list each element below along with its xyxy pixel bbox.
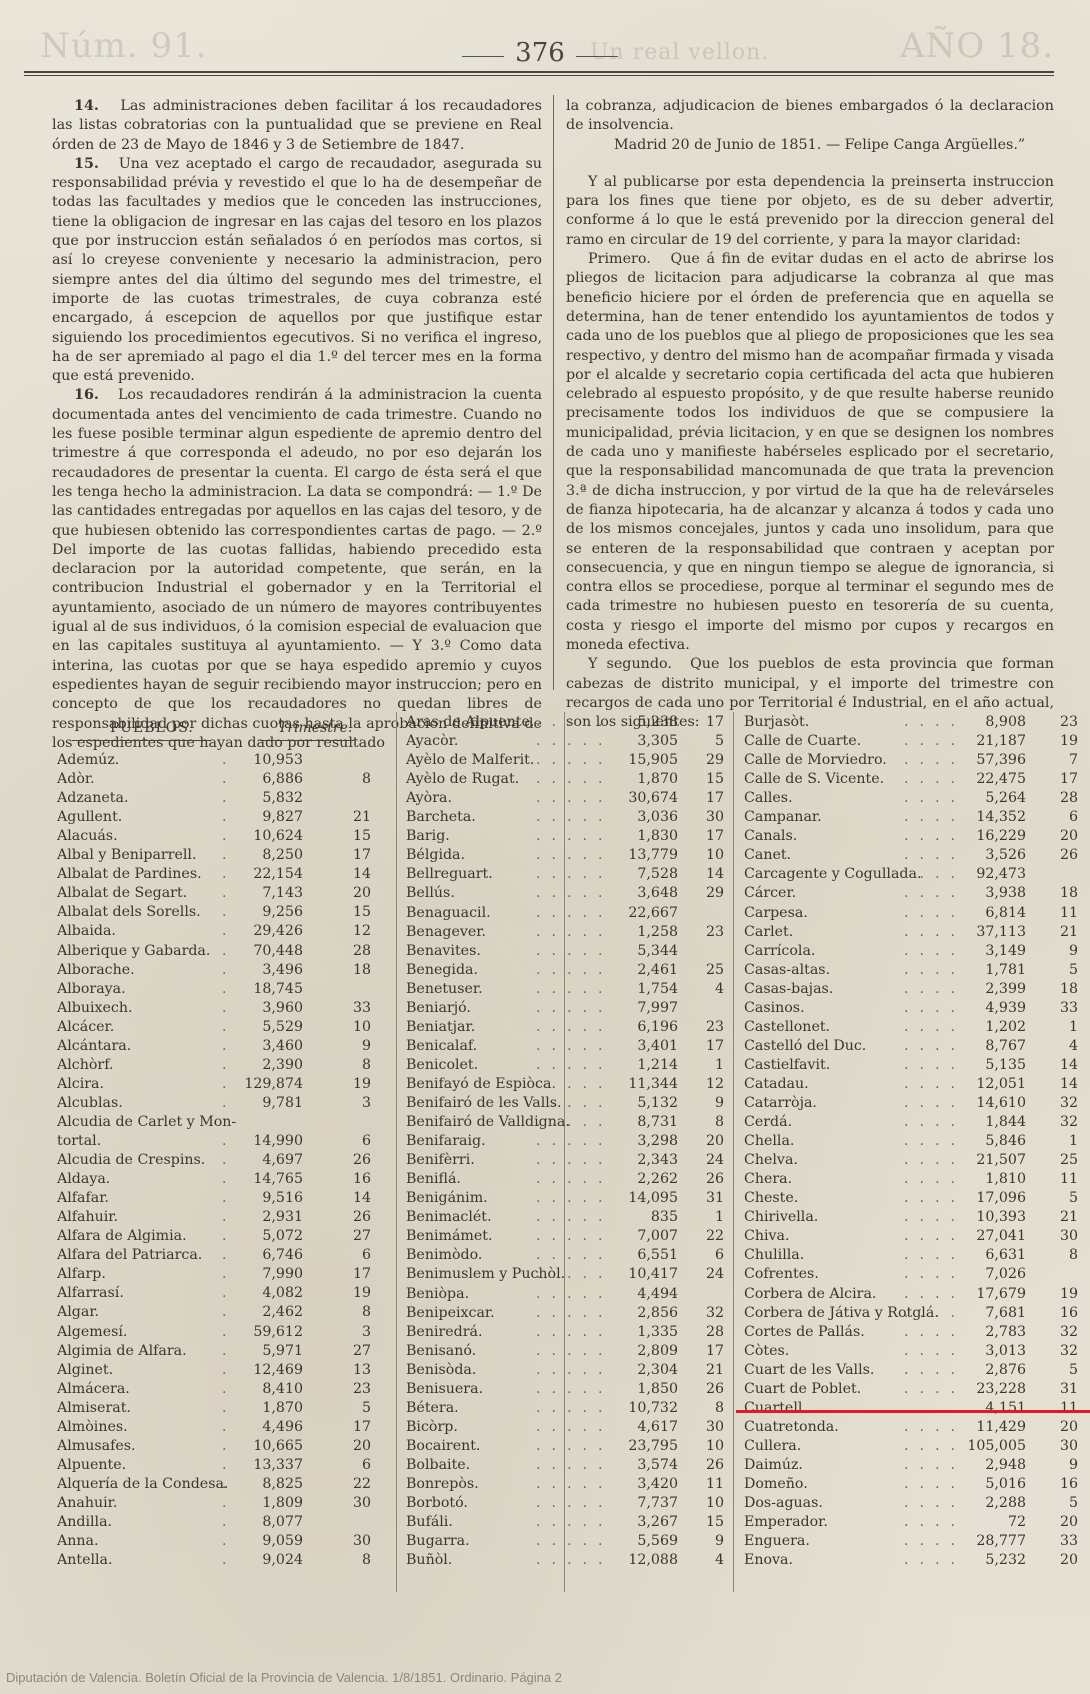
trimestre-value: 3,420 [637, 1476, 678, 1492]
centimos-value: 26 [353, 1209, 371, 1225]
table-row: Cerdá...........1,84432 [744, 1114, 1084, 1133]
table-row: Corbera de Játiva y Rotglá...........7,6… [744, 1305, 1084, 1324]
trimestre-value: 12,469 [253, 1362, 303, 1378]
table-row: Beniflá...........2,26226 [406, 1171, 731, 1190]
pueblo-name: Carrícola. [744, 943, 815, 959]
centimos-value: 21 [353, 809, 371, 825]
table-row: Carpesa...........6,81411 [744, 905, 1084, 924]
leader-dots: .......... [222, 981, 233, 997]
centimos-value: 15 [706, 1514, 724, 1530]
trimestre-value: 21,507 [976, 1152, 1026, 1168]
table-row: Benetuser...........1,7544 [406, 981, 731, 1000]
trimestre-value: 7,143 [262, 885, 303, 901]
pueblo-name: Casas-bajas. [744, 981, 833, 997]
trimestre-value: 6,814 [985, 905, 1026, 921]
table-row: Beniarjó...........7,997 [406, 1000, 731, 1019]
centimos-value: 30 [353, 1495, 371, 1511]
centimos-value: 9 [1069, 943, 1078, 959]
table-row: Alcudia de Carlet y Mon- [57, 1114, 395, 1133]
centimos-value: 11 [706, 1476, 724, 1492]
trimestre-value: 3,267 [637, 1514, 678, 1530]
table-row: Benicalaf...........3,40117 [406, 1038, 731, 1057]
leader-dots: .......... [904, 1514, 956, 1530]
centimos-value: 32 [706, 1305, 724, 1321]
table-row: Ayèlo de Rugat...........1,87015 [406, 771, 731, 790]
leader-dots: .......... [536, 1228, 608, 1244]
paragraph-primero: Primero. Que á fin de evitar dudas en el… [566, 250, 1054, 655]
leader-dots: .......... [536, 1114, 608, 1130]
table-row: Bolbaite...........3,57426 [406, 1457, 731, 1476]
centimos-value: 18 [1060, 885, 1078, 901]
centimos-value: 17 [353, 1266, 371, 1282]
leader-dots: .......... [222, 752, 233, 768]
paragraph-16: 16. Los recaudadores rendirán á la admin… [52, 386, 542, 753]
table-row: Corbera de Alcira...........17,67919 [744, 1286, 1084, 1305]
pueblo-name: Bicòrp. [406, 1419, 458, 1435]
leader-dots: .......... [904, 1095, 956, 1111]
footer-caption: Diputación de Valencia. Boletín Oficial … [6, 1670, 562, 1685]
centimos-value: 10 [706, 1495, 724, 1511]
centimos-value: 19 [353, 1076, 371, 1092]
pueblo-name: Alquería de la Condesa. [57, 1476, 228, 1492]
pueblo-name: Cuartell. [744, 1400, 807, 1416]
table-header-trimestre: Trimestre. [278, 720, 352, 736]
trimestre-value: 2,461 [637, 962, 678, 978]
pueblo-name: Benisòda. [406, 1362, 476, 1378]
table-row: Benimuslem y Puchòl...........10,41724 [406, 1266, 731, 1285]
leader-dots: .......... [904, 1209, 956, 1225]
pueblo-name: Ayacòr. [406, 733, 458, 749]
pueblo-name: Albalat de Pardines. [57, 866, 202, 882]
pueblo-name: Carcagente y Cogullada. [744, 866, 921, 882]
table-header-pueblos: PUEBLOS. [110, 720, 194, 736]
trimestre-value: 1,810 [985, 1171, 1026, 1187]
pueblo-name: tortal. [57, 1133, 101, 1149]
table-row: Alacuás...........10,62415 [57, 828, 395, 847]
trimestre-value: 7,681 [985, 1305, 1026, 1321]
pueblo-name: Chella. [744, 1133, 794, 1149]
leader-dots: .......... [904, 809, 956, 825]
table-row: Alboraya...........18,745 [57, 981, 395, 1000]
trimestre-value: 2,856 [637, 1305, 678, 1321]
trimestre-value: 30,674 [628, 790, 678, 806]
trimestre-value: 1,844 [985, 1114, 1026, 1130]
trimestre-value: 2,390 [262, 1057, 303, 1073]
leader-dots: .......... [904, 1228, 956, 1244]
pueblo-name: Benimaclét. [406, 1209, 492, 1225]
centimos-value: 19 [1060, 1286, 1078, 1302]
pueblo-name: Calle de Morviedro. [744, 752, 887, 768]
centimos-value: 1 [1069, 1019, 1078, 1035]
trimestre-value: 37,113 [976, 924, 1026, 940]
table-row: Bétera...........10,7328 [406, 1400, 731, 1419]
leader-dots: .......... [536, 752, 608, 768]
trimestre-value: 8,731 [637, 1114, 678, 1130]
trimestre-value: 70,448 [253, 943, 303, 959]
pueblo-name: Albaida. [57, 923, 116, 939]
centimos-value: 11 [1060, 905, 1078, 921]
leader-dots: .......... [222, 1304, 233, 1320]
leader-dots: .......... [222, 904, 233, 920]
trimestre-value: 10,624 [253, 828, 303, 844]
table-row: Alcira...........129,87419 [57, 1076, 395, 1095]
table-row: Chera...........1,81011 [744, 1171, 1084, 1190]
pueblo-name: Cuart de les Valls. [744, 1362, 874, 1378]
pueblo-name: Chirivella. [744, 1209, 818, 1225]
table-row: Carlet...........37,11321 [744, 924, 1084, 943]
column-divider [553, 95, 554, 690]
centimos-value: 17 [1060, 771, 1078, 787]
leader-dots: .......... [536, 962, 608, 978]
leader-dots: .......... [222, 1190, 233, 1206]
pueblo-name: Agullent. [57, 809, 122, 825]
pueblo-name: Benetuser. [406, 981, 483, 997]
trimestre-value: 7,990 [262, 1266, 303, 1282]
trimestre-value: 18,745 [253, 981, 303, 997]
centimos-value: 8 [362, 1304, 371, 1320]
leader-dots: .......... [222, 1476, 233, 1492]
pueblo-name: Chelva. [744, 1152, 798, 1168]
centimos-value: 32 [1060, 1324, 1078, 1340]
table-row: Daimúz...........2,9489 [744, 1457, 1084, 1476]
centimos-value: 8 [362, 1057, 371, 1073]
table-row: Alfahuir...........2,93126 [57, 1209, 395, 1228]
leader-dots: .......... [536, 1362, 608, 1378]
leader-dots: .......... [904, 1438, 956, 1454]
paragraph-continuation: la cobranza, adjudicacion de bienes emba… [566, 97, 1054, 136]
document-page: Núm. 91. Un real vellon. AÑO 18. 376 14.… [0, 0, 1090, 1694]
centimos-value: 30 [353, 1533, 371, 1549]
header-rule-thin [24, 75, 1054, 76]
trimestre-value: 1,754 [637, 981, 678, 997]
pueblo-name: Alfahuir. [57, 1209, 118, 1225]
pueblo-name: Adzaneta. [57, 790, 128, 806]
pueblo-name: Anna. [57, 1533, 99, 1549]
table-row: Dos-aguas...........2,2885 [744, 1495, 1084, 1514]
paragraph-14: 14. Las administraciones deben facilitar… [52, 97, 542, 155]
table-row: Andilla...........8,077 [57, 1514, 395, 1533]
table-row: Cortes de Pallás...........2,78332 [744, 1324, 1084, 1343]
leader-dots: .......... [904, 1476, 956, 1492]
pueblo-name: Benisanó. [406, 1343, 476, 1359]
pueblo-name: Alcácer. [57, 1019, 114, 1035]
leader-dots: .......... [536, 847, 608, 863]
table-row: Anna...........9,05930 [57, 1533, 395, 1552]
leader-dots: .......... [536, 1343, 608, 1359]
table-row: Cárcer...........3,93818 [744, 885, 1084, 904]
centimos-value: 20 [353, 885, 371, 901]
trimestre-value: 2,462 [262, 1304, 303, 1320]
pueblo-name: Beniredrá. [406, 1324, 483, 1340]
leader-dots: .......... [536, 1286, 608, 1302]
centimos-value: 26 [706, 1457, 724, 1473]
table-row: Ayòra...........30,67417 [406, 790, 731, 809]
leader-dots: .......... [904, 1305, 956, 1321]
table-divider-1 [396, 712, 397, 1592]
centimos-value: 20 [1060, 1514, 1078, 1530]
table-row: Algimia de Alfara...........5,97127 [57, 1343, 395, 1362]
leader-dots: .......... [904, 790, 956, 806]
leader-dots: .......... [222, 1152, 233, 1168]
pueblo-name: Cortes de Pallás. [744, 1324, 865, 1340]
centimos-value: 32 [1060, 1095, 1078, 1111]
centimos-value: 27 [353, 1343, 371, 1359]
signature: Madrid 20 de Junio de 1851. — Felipe Can… [566, 136, 1054, 155]
leader-dots: .......... [904, 1266, 956, 1282]
table-row: Cullera...........105,00530 [744, 1438, 1084, 1457]
trimestre-value: 129,874 [244, 1076, 303, 1092]
trimestre-value: 1,202 [985, 1019, 1026, 1035]
pueblo-name: Castellonet. [744, 1019, 830, 1035]
pueblo-name: Algemesí. [57, 1324, 127, 1340]
pueblo-name: Cuart de Poblet. [744, 1381, 861, 1397]
table-row: Casinos...........4,93933 [744, 1000, 1084, 1019]
leader-dots: .......... [904, 1171, 956, 1187]
pueblo-name: Almiserat. [57, 1400, 131, 1416]
table-row: Ademúz...........10,953 [57, 752, 395, 771]
leader-dots: .......... [222, 1285, 233, 1301]
centimos-value: 26 [353, 1152, 371, 1168]
leader-dots: .......... [222, 809, 233, 825]
centimos-value: 17 [353, 847, 371, 863]
leader-dots: .......... [904, 733, 956, 749]
pueblo-name: Adòr. [57, 771, 95, 787]
leader-dots: .......... [222, 1362, 233, 1378]
leader-dots: .......... [904, 1000, 956, 1016]
leader-dots: .......... [536, 1000, 608, 1016]
pueblo-name: Albalat dels Sorells. [57, 904, 201, 920]
leader-dots: .......... [904, 771, 956, 787]
trimestre-value: 4,939 [985, 1000, 1026, 1016]
trimestre-value: 17,096 [976, 1190, 1026, 1206]
table-row: Cuart de Poblet...........23,22831 [744, 1381, 1084, 1400]
table-row: Anahuir...........1,80930 [57, 1495, 395, 1514]
pueblo-name: Benigánim. [406, 1190, 488, 1206]
table-row: Albal y Beniparrell...........8,25017 [57, 847, 395, 866]
pueblo-name: Chiva. [744, 1228, 790, 1244]
centimos-value: 23 [706, 924, 724, 940]
pueblo-name: Alacuás. [57, 828, 118, 844]
leader-dots: .......... [222, 943, 233, 959]
centimos-value: 27 [353, 1228, 371, 1244]
centimos-value: 16 [353, 1171, 371, 1187]
leader-dots: .......... [536, 1152, 608, 1168]
header-underline-trimestre [260, 740, 354, 741]
table-row: Chulilla...........6,6318 [744, 1247, 1084, 1266]
table-row: Antella...........9,0248 [57, 1552, 395, 1571]
pueblo-name: Benifaraig. [406, 1133, 486, 1149]
pueblo-name: Bolbaite. [406, 1457, 470, 1473]
leader-dots: .......... [222, 923, 233, 939]
leader-dots: .......... [904, 1362, 956, 1378]
trimestre-value: 7,528 [637, 866, 678, 882]
pueblo-name: Chulilla. [744, 1247, 804, 1263]
centimos-value: 22 [353, 1476, 371, 1492]
pueblo-name: Catadau. [744, 1076, 809, 1092]
table-row: Alginet...........12,46913 [57, 1362, 395, 1381]
trimestre-value: 5,832 [262, 790, 303, 806]
pueblo-name: Casas-altas. [744, 962, 830, 978]
pueblo-name: Calles. [744, 790, 793, 806]
leader-dots: .......... [536, 1247, 608, 1263]
leader-dots: .......... [222, 1209, 233, 1225]
centimos-value: 8 [362, 1552, 371, 1568]
leader-dots: .......... [222, 1133, 233, 1149]
pueblo-name: Alfarp. [57, 1266, 106, 1282]
table-row: Alfafar...........9,51614 [57, 1190, 395, 1209]
centimos-value: 8 [715, 1400, 724, 1416]
pueblo-name: Còtes. [744, 1343, 789, 1359]
table-row: Almiserat...........1,8705 [57, 1400, 395, 1419]
table-row: Emperador...........7220 [744, 1514, 1084, 1533]
trimestre-value: 1,258 [637, 924, 678, 940]
pueblo-name: Bétera. [406, 1400, 459, 1416]
pueblo-name: Alfara del Patriarca. [57, 1247, 202, 1263]
pueblo-name: Alberique y Gabarda. [57, 943, 210, 959]
leader-dots: .......... [904, 943, 956, 959]
leader-dots: .......... [904, 1038, 956, 1054]
trimestre-value: 59,612 [253, 1324, 303, 1340]
trimestre-value: 8,825 [262, 1476, 303, 1492]
pueblo-name: Calle de S. Vicente. [744, 771, 884, 787]
pueblo-name: Catarròja. [744, 1095, 817, 1111]
centimos-value: 32 [1060, 1114, 1078, 1130]
paragraph-intro: Y al publicarse por esta dependencia la … [566, 173, 1054, 250]
trimestre-value: 8,250 [262, 847, 303, 863]
centimos-value: 24 [706, 1266, 724, 1282]
trimestre-value: 9,256 [262, 904, 303, 920]
centimos-value: 14 [706, 866, 724, 882]
leader-dots: .......... [222, 1324, 233, 1340]
centimos-value: 19 [1060, 733, 1078, 749]
leader-dots: .......... [536, 1514, 608, 1530]
centimos-value: 17 [706, 828, 724, 844]
centimos-value: 30 [706, 1419, 724, 1435]
table-row: Beniredrá...........1,33528 [406, 1324, 731, 1343]
trimestre-value: 3,960 [262, 1000, 303, 1016]
pueblo-name: Alborache. [57, 962, 135, 978]
trimestre-value: 7,737 [637, 1495, 678, 1511]
pueblo-name: Corbera de Alcira. [744, 1286, 876, 1302]
pueblo-name: Carlet. [744, 924, 793, 940]
table-row: Benimòdo...........6,5516 [406, 1247, 731, 1266]
centimos-value: 9 [1069, 1457, 1078, 1473]
leader-dots: .......... [536, 1171, 608, 1187]
trimestre-value: 6,886 [262, 771, 303, 787]
table-row: Borbotó...........7,73710 [406, 1495, 731, 1514]
table-row: Albalat de Pardines...........22,15414 [57, 866, 395, 885]
trimestre-value: 1,870 [637, 771, 678, 787]
centimos-value: 23 [706, 1019, 724, 1035]
leader-dots: .......... [904, 1457, 956, 1473]
trimestre-value: 1,809 [262, 1495, 303, 1511]
trimestre-value: 3,526 [985, 847, 1026, 863]
trimestre-value: 21,187 [976, 733, 1026, 749]
table-row: Almácera...........8,41023 [57, 1381, 395, 1400]
centimos-value: 31 [706, 1190, 724, 1206]
trimestre-value: 2,809 [637, 1343, 678, 1359]
centimos-value: 16 [1060, 1476, 1078, 1492]
table-row: Bicòrp...........4,61730 [406, 1419, 731, 1438]
leader-dots: .......... [536, 1324, 608, 1340]
leader-dots: .......... [536, 1457, 608, 1473]
leader-dots: .......... [222, 1419, 233, 1435]
table-row: Albuixech...........3,96033 [57, 1000, 395, 1019]
pueblo-name: Benifayó de Espiòca. [406, 1076, 556, 1092]
leader-dots: .......... [536, 981, 608, 997]
leader-dots: .......... [536, 809, 608, 825]
pueblo-name: Aras de Alpuente. [406, 714, 534, 730]
trimestre-value: 72 [1008, 1514, 1026, 1530]
trimestre-value: 10,732 [628, 1400, 678, 1416]
trimestre-value: 8,077 [262, 1514, 303, 1530]
centimos-value: 33 [1060, 1000, 1078, 1016]
pueblo-name: Cárcer. [744, 885, 796, 901]
centimos-value: 26 [1060, 847, 1078, 863]
trimestre-value: 5,132 [637, 1095, 678, 1111]
centimos-value: 3 [362, 1324, 371, 1340]
trimestre-value: 15,905 [628, 752, 678, 768]
table-row: Beniòpa...........4,494 [406, 1286, 731, 1305]
centimos-value: 28 [353, 943, 371, 959]
trimestre-value: 13,779 [628, 847, 678, 863]
leader-dots: .......... [222, 1533, 233, 1549]
leader-dots: .......... [536, 733, 608, 749]
leader-dots: .......... [904, 885, 956, 901]
centimos-value: 18 [353, 962, 371, 978]
centimos-value: 10 [706, 847, 724, 863]
pueblo-name: Ayòra. [406, 790, 452, 806]
trimestre-value: 12,088 [628, 1552, 678, 1568]
leader-dots: .......... [222, 962, 233, 978]
trimestre-value: 9,059 [262, 1533, 303, 1549]
centimos-value: 21 [706, 1362, 724, 1378]
pueblo-name: Chera. [744, 1171, 792, 1187]
centimos-value: 15 [353, 828, 371, 844]
pueblo-name: Albalat de Segart. [57, 885, 187, 901]
trimestre-value: 11,429 [976, 1419, 1026, 1435]
trimestre-value: 22,154 [253, 866, 303, 882]
pueblo-name: Castelló del Duc. [744, 1038, 866, 1054]
table-row: Albalat de Segart...........7,14320 [57, 885, 395, 904]
trimestre-value: 2,262 [637, 1171, 678, 1187]
pueblo-name: Ayèlo de Rugat. [406, 771, 519, 787]
trimestre-value: 835 [651, 1209, 678, 1225]
table-row: Benagever...........1,25823 [406, 924, 731, 943]
pueblo-name: Benavites. [406, 943, 481, 959]
pueblo-name: Almòines. [57, 1419, 128, 1435]
trimestre-value: 7,026 [985, 1266, 1026, 1282]
table-row: Cuatretonda...........11,42920 [744, 1419, 1084, 1438]
pueblo-name: Enova. [744, 1552, 793, 1568]
trimestre-value: 3,401 [637, 1038, 678, 1054]
centimos-value: 14 [1060, 1057, 1078, 1073]
leader-dots: .......... [536, 905, 608, 921]
leader-dots: .......... [222, 1438, 233, 1454]
table-row: Castelló del Duc...........8,7674 [744, 1038, 1084, 1057]
table-row: Bugarra...........5,5699 [406, 1533, 731, 1552]
leader-dots: .......... [536, 1476, 608, 1492]
trimestre-value: 8,767 [985, 1038, 1026, 1054]
table-row: Adzaneta...........5,832 [57, 790, 395, 809]
trimestre-value: 5,846 [985, 1133, 1026, 1149]
leader-dots: .......... [904, 1324, 956, 1340]
table-row: Barig...........1,83017 [406, 828, 731, 847]
bleedthrough-number: Núm. 91. [40, 26, 208, 66]
table-row: Agullent...........9,82721 [57, 809, 395, 828]
leader-dots: .......... [904, 1533, 956, 1549]
trimestre-value: 7,007 [637, 1228, 678, 1244]
